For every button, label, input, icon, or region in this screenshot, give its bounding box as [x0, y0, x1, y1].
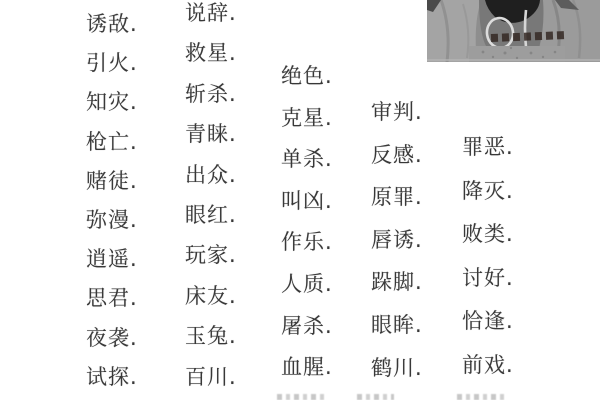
word-item: 出众. [185, 165, 237, 186]
word-item: 弥漫. [86, 210, 138, 231]
word-item: 讨好. [462, 268, 514, 289]
word-item: 百川. [185, 367, 237, 388]
word-item: 人质. [281, 274, 333, 295]
word-item: 玩家. [185, 245, 237, 266]
word-item: 逍遥. [86, 249, 138, 270]
word-item: 眼眸. [371, 315, 423, 336]
word-item: 试探. [86, 367, 138, 388]
word-item: 唇诱. [371, 230, 423, 251]
word-item: 审判. [371, 102, 423, 123]
word-item: 引火. [86, 53, 138, 74]
chest-photo [427, 0, 600, 62]
word-item: 血腥. [281, 357, 333, 378]
word-item: 罪恶. [462, 137, 514, 158]
clipped-word-fragment [357, 394, 394, 400]
word-item: 反感. [371, 145, 423, 166]
word-item: 知灾. [86, 92, 138, 113]
word-item: 玉兔. [185, 326, 237, 347]
word-item: 败类. [462, 224, 514, 245]
word-item: 枪亡. [86, 132, 138, 153]
word-item: 救星. [185, 43, 237, 64]
word-item: 思君. [86, 288, 138, 309]
word-item: 斩杀. [185, 84, 237, 105]
page: 诱敌.引火.知灾.枪亡.赌徒.弥漫.逍遥.思君.夜袭.试探. 说辞.救星.斩杀.… [0, 0, 600, 400]
word-item: 叫凶. [281, 191, 333, 212]
word-item: 克星. [281, 108, 333, 129]
word-item: 鹤川. [371, 358, 423, 379]
clipped-word-fragment [457, 394, 506, 400]
chest-photo-image [427, 0, 600, 62]
word-item: 诱敌. [86, 14, 138, 35]
clipped-word-fragment [277, 394, 324, 400]
word-item: 说辞. [185, 3, 237, 24]
word-item: 原罪. [371, 187, 423, 208]
word-item: 前戏. [462, 355, 514, 376]
word-item: 青睐. [185, 124, 237, 145]
word-item: 降灭. [462, 181, 514, 202]
word-item: 床友. [185, 286, 237, 307]
word-item: 绝色. [281, 66, 333, 87]
word-item: 屠杀. [281, 316, 333, 337]
word-item: 眼红. [185, 205, 237, 226]
word-item: 单杀. [281, 149, 333, 170]
word-item: 恰逢. [462, 311, 514, 332]
word-item: 跺脚. [371, 272, 423, 293]
word-item: 赌徒. [86, 171, 138, 192]
word-item: 作乐. [281, 232, 333, 253]
word-item: 夜袭. [86, 328, 138, 349]
